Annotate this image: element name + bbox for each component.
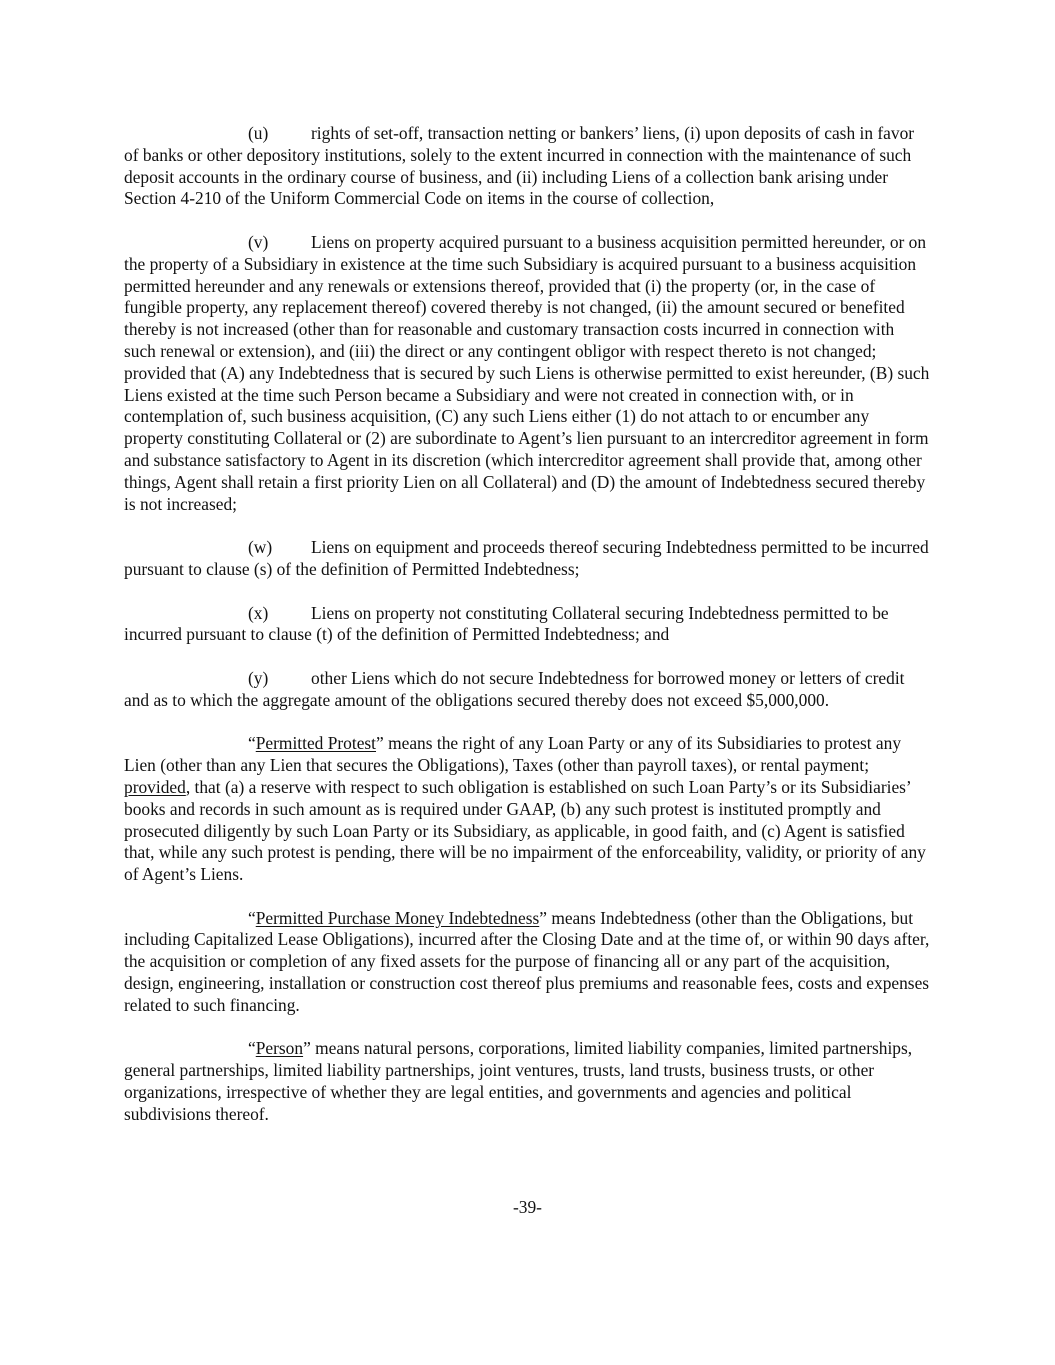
clause-text: rights of set-off, transaction netting o… [124, 123, 914, 208]
clause-label: (u) [248, 123, 311, 145]
clause-y: (y)other Liens which do not secure Indeb… [124, 668, 930, 712]
open-quote: “ [248, 908, 256, 930]
open-quote: “ [248, 733, 256, 755]
clause-text: Liens on property acquired pursuant to a… [124, 232, 929, 514]
clause-x: (x)Liens on property not constituting Co… [124, 603, 930, 647]
definition-permitted-purchase-money-indebtedness: “Permitted Purchase Money Indebtedness” … [124, 908, 930, 1017]
close-quote: ” [539, 908, 547, 928]
page-number: -39- [0, 1197, 1055, 1218]
definition-text-continued: , that (a) a reserve with respect to suc… [124, 777, 926, 884]
emphasis-provided: provided [124, 777, 186, 797]
document-page: (u)rights of set-off, transaction nettin… [124, 123, 930, 1147]
definition-person: “Person” means natural persons, corporat… [124, 1038, 930, 1125]
definition-permitted-protest: “Permitted Protest” means the right of a… [124, 733, 930, 886]
clause-label: (w) [248, 537, 311, 559]
clause-label: (x) [248, 603, 311, 625]
definition-text: means natural persons, corporations, lim… [124, 1038, 912, 1123]
defined-term: Permitted Protest [256, 733, 376, 753]
close-quote: ” [303, 1038, 311, 1058]
open-quote: “ [248, 1038, 256, 1060]
close-quote: ” [376, 733, 384, 753]
clause-u: (u)rights of set-off, transaction nettin… [124, 123, 930, 210]
clause-v: (v)Liens on property acquired pursuant t… [124, 232, 930, 515]
clause-text: Liens on property not constituting Colla… [124, 603, 889, 645]
clause-label: (y) [248, 668, 311, 690]
defined-term: Permitted Purchase Money Indebtedness [256, 908, 540, 928]
definition-text: means the right of any Loan Party or any… [124, 733, 901, 775]
clause-w: (w)Liens on equipment and proceeds there… [124, 537, 930, 581]
defined-term: Person [256, 1038, 303, 1058]
clause-label: (v) [248, 232, 311, 254]
clause-text: other Liens which do not secure Indebted… [124, 668, 905, 710]
clause-text: Liens on equipment and proceeds thereof … [124, 537, 929, 579]
